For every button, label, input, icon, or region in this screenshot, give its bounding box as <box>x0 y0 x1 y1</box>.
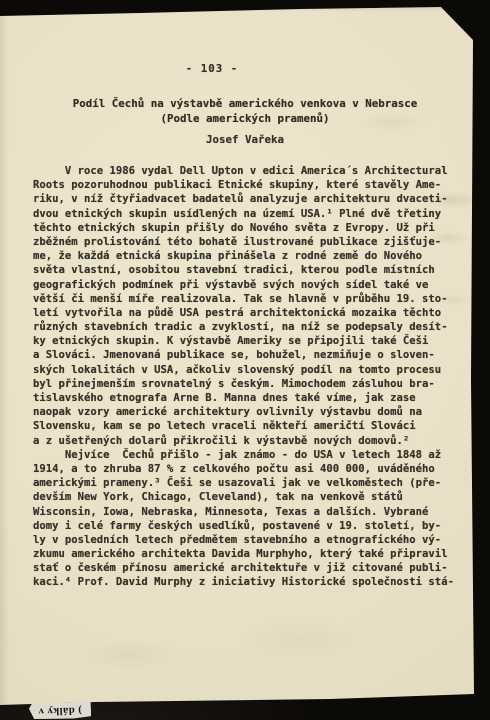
text-line: zběžném prolistování této bohatě ilustro… <box>33 235 465 249</box>
text-line: ky etnických skupin. K výstavbě Ameriky … <box>33 334 465 348</box>
text-line: Wisconsin, Iowa, Nebraska, Minnesota, Te… <box>33 505 465 519</box>
text-line: me, že každá etnická skupina přinášela z… <box>33 249 465 263</box>
text-line: letí vytvořila na půdě USA pestrá archit… <box>33 306 465 320</box>
text-line: domy i celé farmy českých usedlíků, post… <box>33 519 465 533</box>
text-line: světa vlastní, osobitou stavební tradici… <box>33 263 465 277</box>
text-line: různých stavebních tradic a zvyklostí, n… <box>33 320 465 334</box>
text-line: tislavského etnografa Arne B. Manna dnes… <box>33 391 465 405</box>
text-line: větší či menší míře realizovala. Tak se … <box>33 292 465 306</box>
paragraph: V roce 1986 vydal Dell Upton v edici Ame… <box>33 164 465 448</box>
text-line: devším New York, Chicago, Cleveland), ta… <box>33 490 465 504</box>
document-page: - 103 - Podíl Čechů na výstavbě americké… <box>0 0 490 720</box>
text-line: americkými prameny.³ Češi se usazovali j… <box>33 476 465 490</box>
text-line: 1914, a to zhruba 87 % z celkového počtu… <box>33 462 465 476</box>
text-line: naopak vzory americké architektury ovliv… <box>33 405 465 419</box>
text-line: zkumu amerického architekta Davida Murph… <box>33 547 465 561</box>
text-line: kaci.⁴ Prof. David Murphy z iniciativy H… <box>33 575 465 589</box>
page-number: - 103 - <box>0 62 424 75</box>
article-title: Podíl Čechů na výstavbě amerického venko… <box>20 97 470 112</box>
text-line: Roots pozoruhodnou publikaci Etnické sku… <box>33 178 465 192</box>
text-line: a z ušetřených dolarů přikročili k výsta… <box>33 434 465 448</box>
text-line: Nejvíce Čechů přišlo - jak známo - do US… <box>33 448 465 462</box>
article-subtitle: (Podle amerických pramenů) <box>20 112 470 127</box>
text-line: byl přinejmenším srovnatelný s českým. M… <box>33 377 465 391</box>
text-line: stať o českém přínosu americké architekt… <box>33 561 465 575</box>
text-line: ly v posledních letech předmětem stavebn… <box>33 533 465 547</box>
scrap-upside-down-text: ) dálky v <box>29 701 91 719</box>
text-line: těchto etnických skupin přišly do Nového… <box>33 221 465 235</box>
paragraph: Nejvíce Čechů přišlo - jak známo - do US… <box>33 448 465 590</box>
body-text: V roce 1986 vydal Dell Upton v edici Ame… <box>33 164 465 590</box>
text-line: dvou etnických skupin usídlených na územ… <box>33 207 465 221</box>
text-line: V roce 1986 vydal Dell Upton v edici Ame… <box>33 164 465 178</box>
article-author: Josef Vařeka <box>20 133 470 146</box>
text-line: geografických podmínek při výstavbě svýc… <box>33 278 465 292</box>
text-line: Slovensku, kam se po letech vraceli někt… <box>33 419 465 433</box>
text-line: ských lokalitách v USA, ačkoliv slovensk… <box>33 363 465 377</box>
text-line: riku, v níž čtyřiadvacet badatelů analyz… <box>33 192 465 206</box>
overlapping-paper-scrap: ) dálky v <box>29 701 91 720</box>
text-line: a Slováci. Jmenovaná publikace se, bohuž… <box>33 348 465 362</box>
article-title-block: Podíl Čechů na výstavbě amerického venko… <box>20 97 470 126</box>
